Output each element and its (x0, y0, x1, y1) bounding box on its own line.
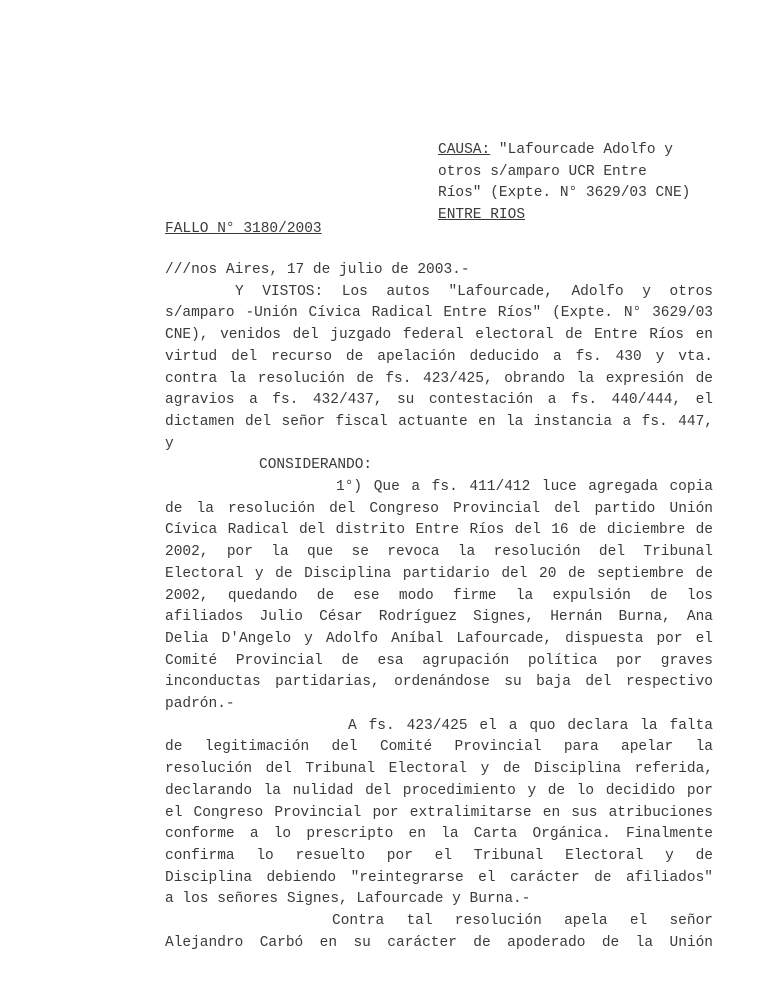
text-line: a los señores Signes, Lafourcade y Burna… (165, 889, 713, 911)
caption-line1-text: "Lafourcade Adolfo y (490, 142, 673, 158)
text-line: A fs. 423/425 el a quo declara la falta (165, 716, 713, 738)
text-line: afiliados Julio César Rodríguez Signes, … (165, 607, 713, 629)
text-line: confirma lo resuelto por el Tribunal Ele… (165, 846, 713, 868)
case-caption: CAUSA: "Lafourcade Adolfo y otros s/ampa… (438, 142, 738, 229)
caption-causa-label: CAUSA: (438, 142, 490, 158)
text-line: de legitimación del Comité Provincial pa… (165, 737, 713, 759)
ruling-number: FALLO N° 3180/2003 (165, 221, 322, 237)
text-line: Y VISTOS: Los autos "Lafourcade, Adolfo … (165, 282, 713, 304)
text-line: virtud del recurso de apelación deducido… (165, 347, 713, 369)
text-line: Contra tal resolución apela el señor (165, 911, 713, 933)
text-line: 2002, por la que se revoca la resolución… (165, 542, 713, 564)
text-line: de la resolución del Congreso Provincial… (165, 499, 713, 521)
paragraph-considerando-1: 1°) Que a fs. 411/412 luce agregada copi… (165, 477, 713, 716)
text-line: padrón.- (165, 694, 713, 716)
text-line: agravios a fs. 432/437, su contestación … (165, 390, 713, 412)
text-line: 2002, quedando de ese modo firme la expu… (165, 586, 713, 608)
caption-line: Ríos" (Expte. N° 3629/03 CNE) (438, 185, 738, 207)
document-page: CAUSA: "Lafourcade Adolfo y otros s/ampa… (0, 0, 768, 994)
text-line: 1°) Que a fs. 411/412 luce agregada copi… (165, 477, 713, 499)
text-line: Comité Provincial de esa agrupación polí… (165, 651, 713, 673)
text-line: el Congreso Provincial por extralimitars… (165, 803, 713, 825)
date-line: ///nos Aires, 17 de julio de 2003.- (165, 260, 713, 282)
text-line: resolución del Tribunal Electoral y de D… (165, 759, 713, 781)
text-line: Delia D'Angelo y Adolfo Aníbal Lafourcad… (165, 629, 713, 651)
text-line: dictamen del señor fiscal actuante en la… (165, 412, 713, 434)
text-line: declarando la nulidad del procedimiento … (165, 781, 713, 803)
text-line: Cívica Radical del distrito Entre Ríos d… (165, 520, 713, 542)
text-line: y (165, 434, 713, 456)
text-line: inconductas partidarias, ordenándose su … (165, 672, 713, 694)
paragraph-considerando-2: A fs. 423/425 el a quo declara la falta … (165, 716, 713, 911)
document-body: ///nos Aires, 17 de julio de 2003.- Y VI… (165, 260, 713, 955)
considerando-heading: CONSIDERANDO: (165, 455, 713, 477)
paragraph-vistos: Y VISTOS: Los autos "Lafourcade, Adolfo … (165, 282, 713, 456)
caption-line: otros s/amparo UCR Entre (438, 164, 738, 186)
text-line: s/amparo -Unión Cívica Radical Entre Río… (165, 303, 713, 325)
caption-line: CAUSA: "Lafourcade Adolfo y (438, 142, 738, 164)
text-line: Alejandro Carbó en su carácter de apoder… (165, 933, 713, 955)
paragraph-considerando-3: Contra tal resolución apela el señor Ale… (165, 911, 713, 954)
text-line: CNE), venidos del juzgado federal electo… (165, 325, 713, 347)
text-line: contra la resolución de fs. 423/425, obr… (165, 369, 713, 391)
text-line: conforme a lo prescripto en la Carta Org… (165, 824, 713, 846)
caption-district: ENTRE RIOS (438, 207, 738, 229)
text-line: Electoral y de Disciplina partidario del… (165, 564, 713, 586)
text-line: Disciplina debiendo "reintegrarse el car… (165, 868, 713, 890)
